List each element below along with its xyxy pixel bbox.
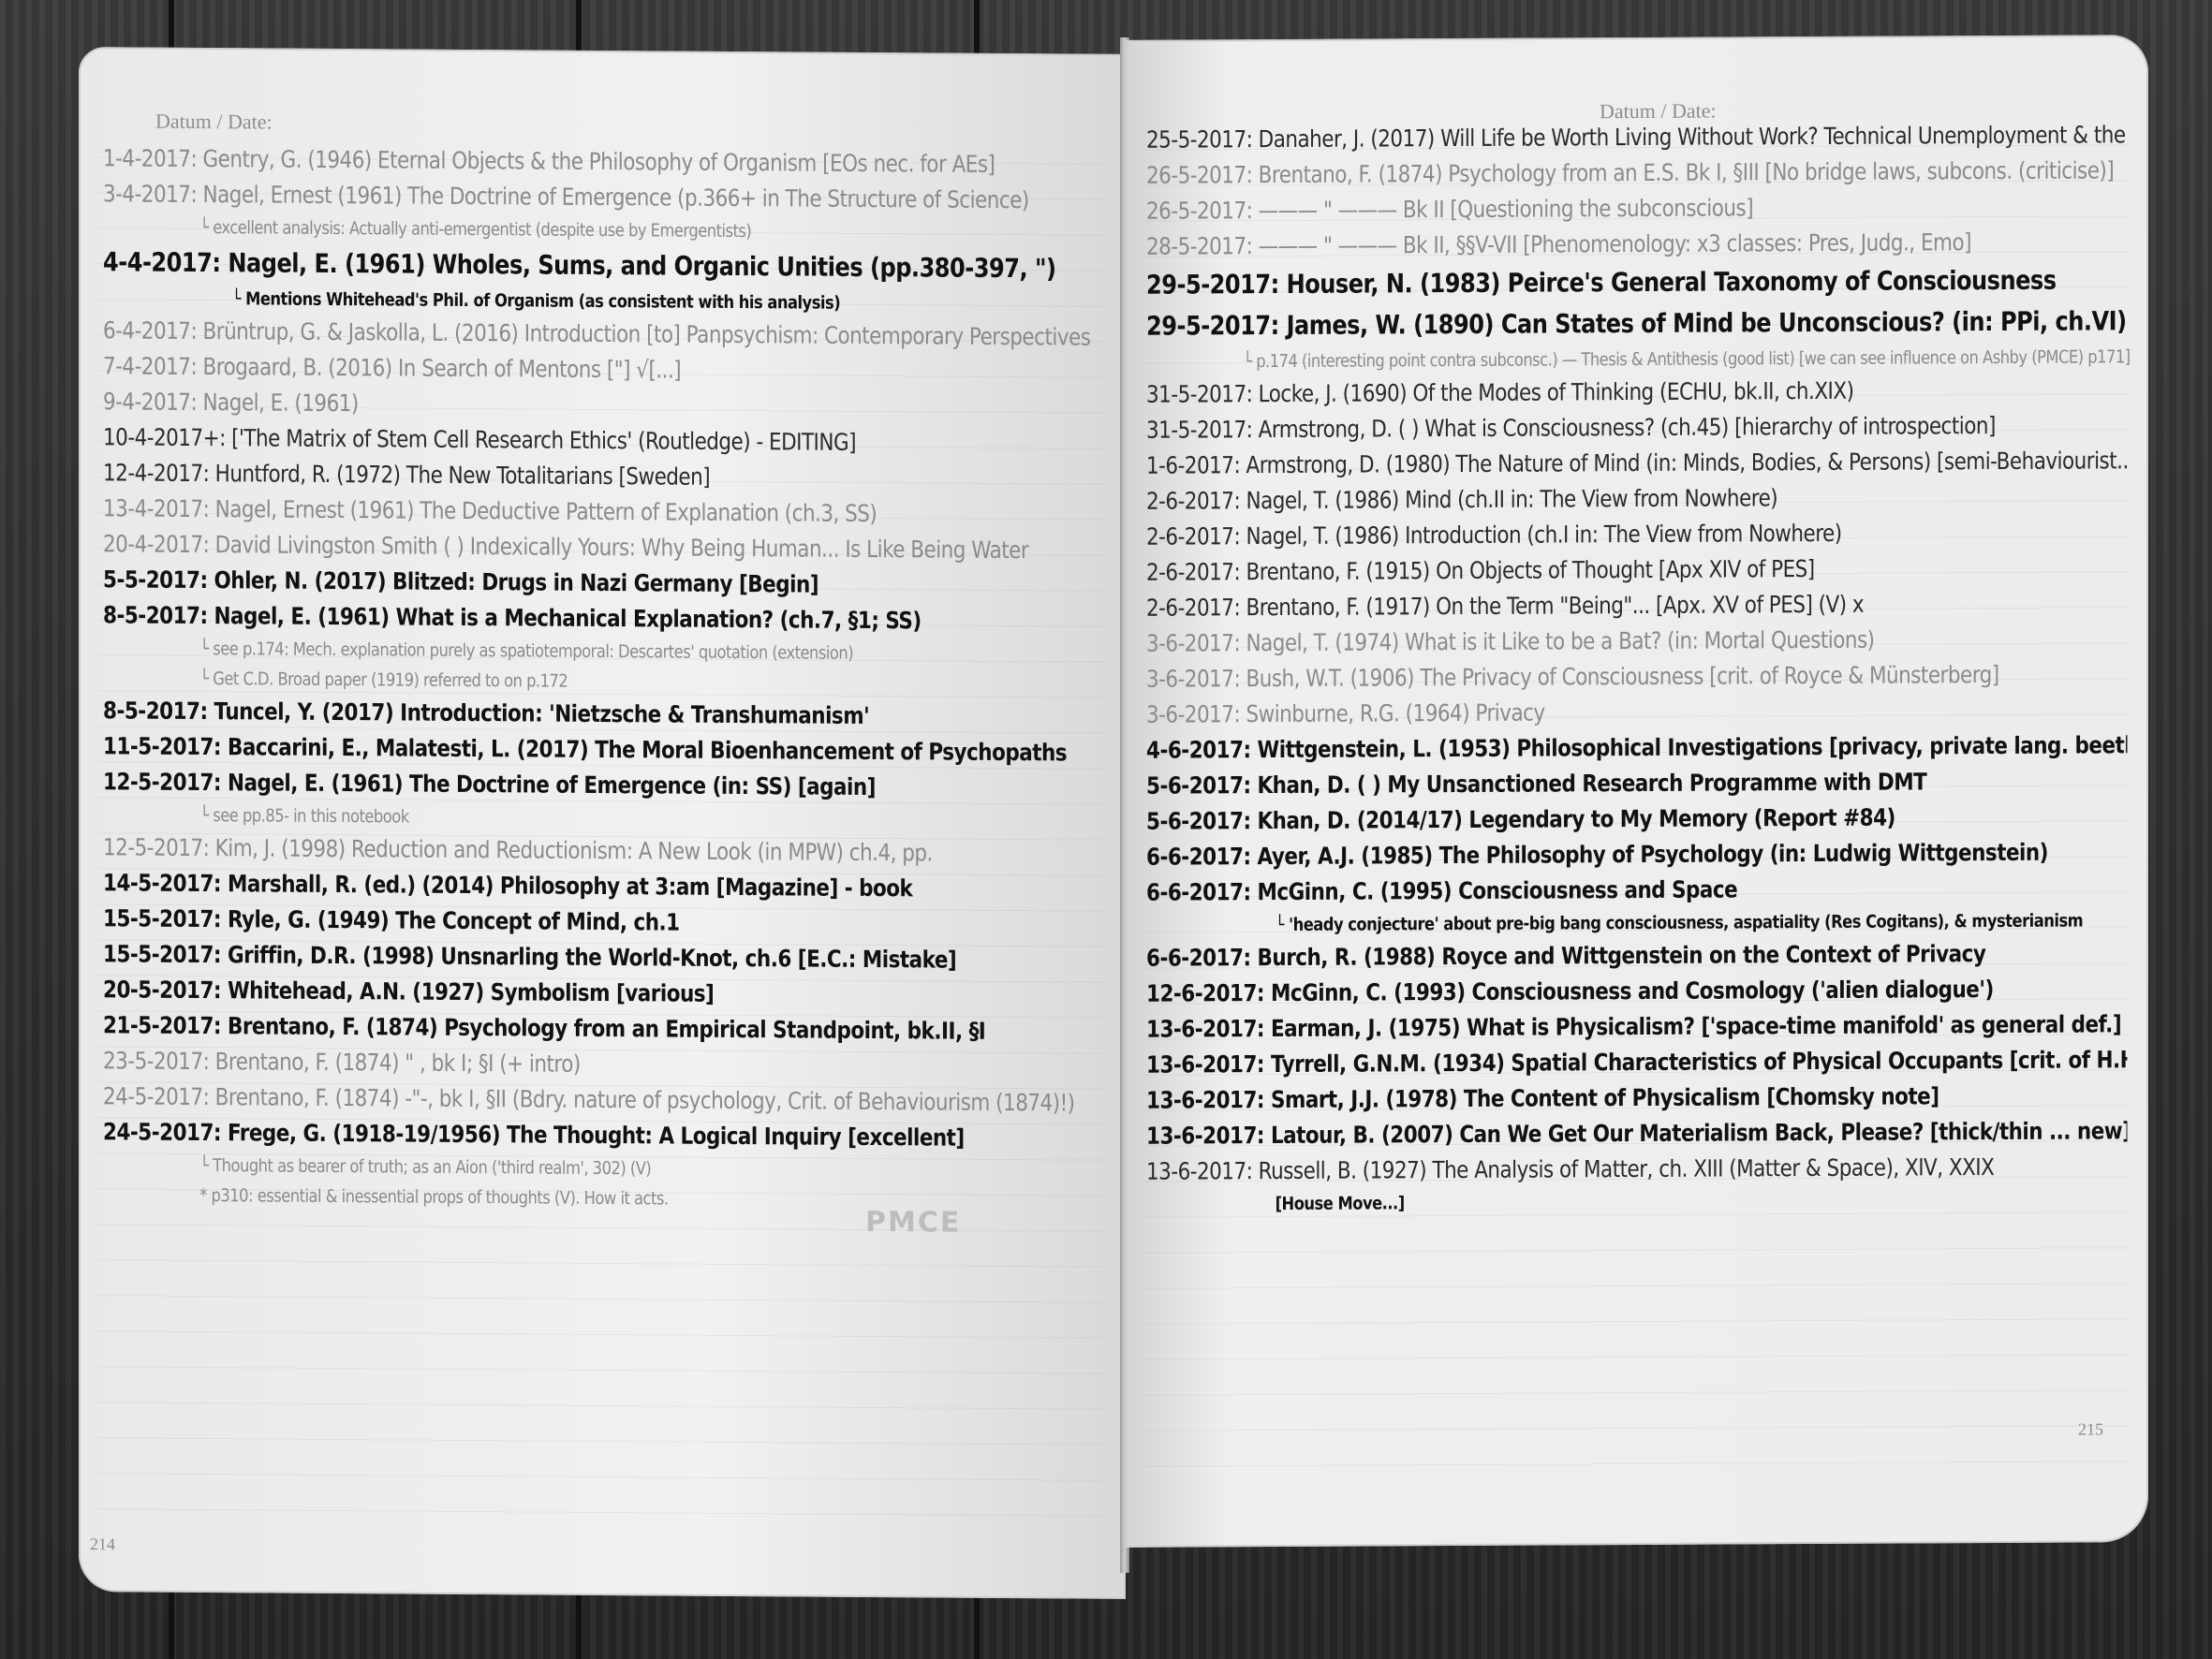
page-number: 215 <box>2078 1419 2103 1439</box>
reading-log-entry: 5-6-2017: Khan, D. ( ) My Unsanctioned R… <box>1146 763 2127 803</box>
page-number: 214 <box>90 1534 115 1554</box>
reading-log-entry: 12-6-2017: McGinn, C. (1993) Consciousne… <box>1146 971 2127 1011</box>
right-page-entries: 25-5-2017: Danaher, J. (2017) Will Life … <box>1146 117 2130 1219</box>
reading-log-entry: 13-6-2017: Latour, B. (2007) Can We Get … <box>1146 1113 2127 1153</box>
reading-log-entry: 13-6-2017: Tyrrell, G.N.M. (1934) Spatia… <box>1146 1042 2127 1082</box>
reading-log-entry: 1-6-2017: Armstrong, D. (1980) The Natur… <box>1146 443 2127 483</box>
right-page: Datum / Date: 25-5-2017: Danaher, J. (20… <box>1126 35 2148 1548</box>
reading-log-entry: 13-6-2017: Russell, B. (1927) The Analys… <box>1146 1149 2127 1189</box>
reading-log-entry: 31-5-2017: Armstrong, D. ( ) What is Con… <box>1146 407 2127 448</box>
reading-log-entry: 29-5-2017: James, W. (1890) Can States o… <box>1146 301 2127 346</box>
reading-log-entry: 3-6-2017: Bush, W.T. (1906) The Privacy … <box>1146 656 2127 697</box>
left-page-entries: 1-4-2017: Gentry, G. (1946) Eternal Obje… <box>103 140 1107 1216</box>
reading-log-entry: 2-6-2017: Brentano, F. (1915) On Objects… <box>1146 550 2127 590</box>
reading-log-entry: 3-6-2017: Nagel, T. (1974) What is it Li… <box>1146 621 2127 661</box>
reading-log-entry: 4-4-2017: Nagel, E. (1961) Wholes, Sums,… <box>103 242 1104 289</box>
reading-log-entry: 26-5-2017: Brentano, F. (1874) Psycholog… <box>1146 153 2127 193</box>
reading-log-entry: 26-5-2017: ——— " ——— Bk II [Questioning … <box>1146 188 2127 228</box>
reading-log-entry: 13-6-2017: Earman, J. (1975) What is Phy… <box>1146 1006 2127 1047</box>
reading-log-entry: 13-6-2017: Smart, J.J. (1978) The Conten… <box>1146 1078 2127 1118</box>
reading-log-entry: 3-6-2017: Swinburne, R.G. (1964) Privacy <box>1146 692 2127 732</box>
reading-log-entry: 2-6-2017: Brentano, F. (1917) On the Ter… <box>1146 585 2127 625</box>
annotation-note: * p310: essential & inessential props of… <box>103 1180 1202 1217</box>
left-page: Datum / Date: PMCE 1-4-2017: Gentry, G. … <box>79 47 1126 1599</box>
reading-log-entry: 25-5-2017: Danaher, J. (2017) Will Life … <box>1146 117 2127 157</box>
date-header-label: Datum / Date: <box>155 110 273 135</box>
annotation-note: [House Move...] <box>1146 1184 2212 1220</box>
reading-log-entry: 29-5-2017: Houser, N. (1983) Peirce's Ge… <box>1146 259 2127 305</box>
reading-log-entry: 5-6-2017: Khan, D. (2014/17) Legendary t… <box>1146 799 2127 839</box>
reading-log-entry: 6-6-2017: McGinn, C. (1995) Consciousnes… <box>1146 870 2127 910</box>
reading-log-entry: 6-6-2017: Burch, R. (1988) Royce and Wit… <box>1146 935 2127 976</box>
reading-log-entry: 31-5-2017: Locke, J. (1690) Of the Modes… <box>1146 372 2127 412</box>
reading-log-entry: 2-6-2017: Nagel, T. (1986) Introduction … <box>1146 514 2127 554</box>
reading-log-entry: 28-5-2017: ——— " ——— Bk II, §§V-VII [Phe… <box>1146 224 2127 264</box>
reading-log-entry: 4-6-2017: Wittgenstein, L. (1953) Philos… <box>1146 727 2127 768</box>
open-notebook: Datum / Date: PMCE 1-4-2017: Gentry, G. … <box>0 0 2212 1659</box>
reading-log-entry: 6-6-2017: Ayer, A.J. (1985) The Philosop… <box>1146 834 2127 874</box>
reading-log-entry: 2-6-2017: Nagel, T. (1986) Mind (ch.II i… <box>1146 478 2127 519</box>
